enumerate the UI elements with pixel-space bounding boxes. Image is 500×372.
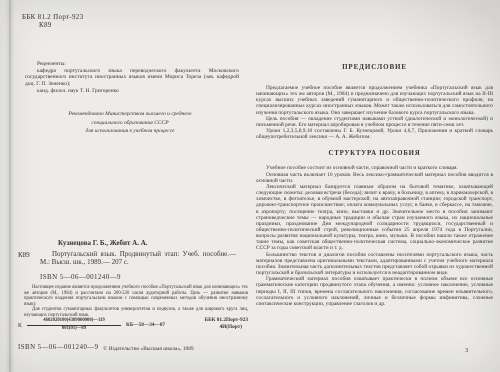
entry-description: Португальский язык. Продвинутый этап: Уч…	[40, 250, 236, 266]
structure-title: СТРУКТУРА ПОСОБИЯ	[256, 150, 493, 157]
bbk-footer-line1: ББК 81.2Порт-923	[168, 317, 248, 324]
kb-code: КБ—58—34—87	[126, 322, 165, 328]
reviewers-block: Рецензенты: кафедра португальского языка…	[25, 61, 239, 95]
structure-paragraph: Большинство текстов и диалогов пособия с…	[256, 252, 493, 277]
entry-isbn: ISBN 5—06—001240—9	[40, 273, 240, 281]
catalog-code-fraction: 4602020100(4309000000)—119 001(01)—89	[27, 318, 121, 333]
recommendation-line: специального образования СССР	[30, 119, 230, 128]
annotation-block: Настоящее издание является продолжением …	[24, 285, 248, 319]
copyright-notice: © Издательство «Высшая школа», 1989	[103, 346, 194, 352]
ministry-recommendation: Рекомендовано Министерством высшего и ср…	[30, 110, 230, 136]
reviewers-label: Рецензенты:	[37, 61, 239, 68]
page-number: 3	[465, 347, 468, 354]
bbk-footer-line2: 4И(Порт)	[168, 324, 248, 331]
reviewers-text: кафедра португальского языка переводческ…	[25, 68, 239, 88]
author-sign: К89	[39, 21, 83, 29]
scan-edge-shadow	[9, 0, 11, 372]
structure-paragraph: Основная часть включает 10 уроков. Весь …	[256, 172, 493, 184]
preface-paragraph: Уроки 1,2,3,5,8,9,10 составлены Г. Б. Ку…	[256, 128, 493, 140]
catalog-entry: Кузнецова Г. Б., Жебит А. А. К89 Португа…	[18, 239, 240, 281]
footer-isbn: ISBN 5—06—001240—9	[18, 344, 99, 351]
bbk-classification-block: ББК 81.2 Порт-923 К89	[22, 13, 83, 29]
structure-paragraph: Лексический материал базируется главным …	[256, 184, 493, 252]
preface-title: ПРЕДИСЛОВИЕ	[256, 63, 493, 71]
preface-paragraph: Предлагаемое учебное пособие является пр…	[256, 85, 493, 116]
entry-author-sign: К89	[18, 251, 30, 259]
scanned-book-spread: ББК 81.2 Порт-923 К89 Рецензенты: кафедр…	[0, 0, 500, 372]
catalog-code-prefix: К	[18, 323, 22, 329]
entry-authors: Кузнецова Г. Б., Жебит А. А.	[58, 239, 240, 247]
structure-paragraph: Грамматический материал пособия охватыва…	[256, 276, 493, 307]
preface-paragraph: Цель пособия — овладение студентами навы…	[256, 116, 493, 128]
recommendation-line: Рекомендовано Министерством высшего и ср…	[30, 110, 230, 119]
reviewer-second: канд. филол. наук Т. Н. Григоренко	[37, 88, 239, 95]
bbk-code-footer: ББК 81.2Порт-923 4И(Порт)	[168, 317, 248, 331]
catalog-code-denominator: 001(01)—89	[27, 326, 121, 333]
recommendation-line: для использования в учебном процессе	[30, 127, 230, 136]
preface-page: ПРЕДИСЛОВИЕ Предлагаемое учебное пособие…	[256, 63, 493, 307]
structure-paragraph: Учебное пособие состоит из основной част…	[256, 165, 493, 171]
catalog-code-numerator: 4602020100(4309000000)—119	[27, 318, 121, 326]
bbk-code: ББК 81.2 Порт-923	[22, 13, 83, 21]
annotation-paragraph: Настоящее издание является продолжением …	[24, 285, 248, 307]
